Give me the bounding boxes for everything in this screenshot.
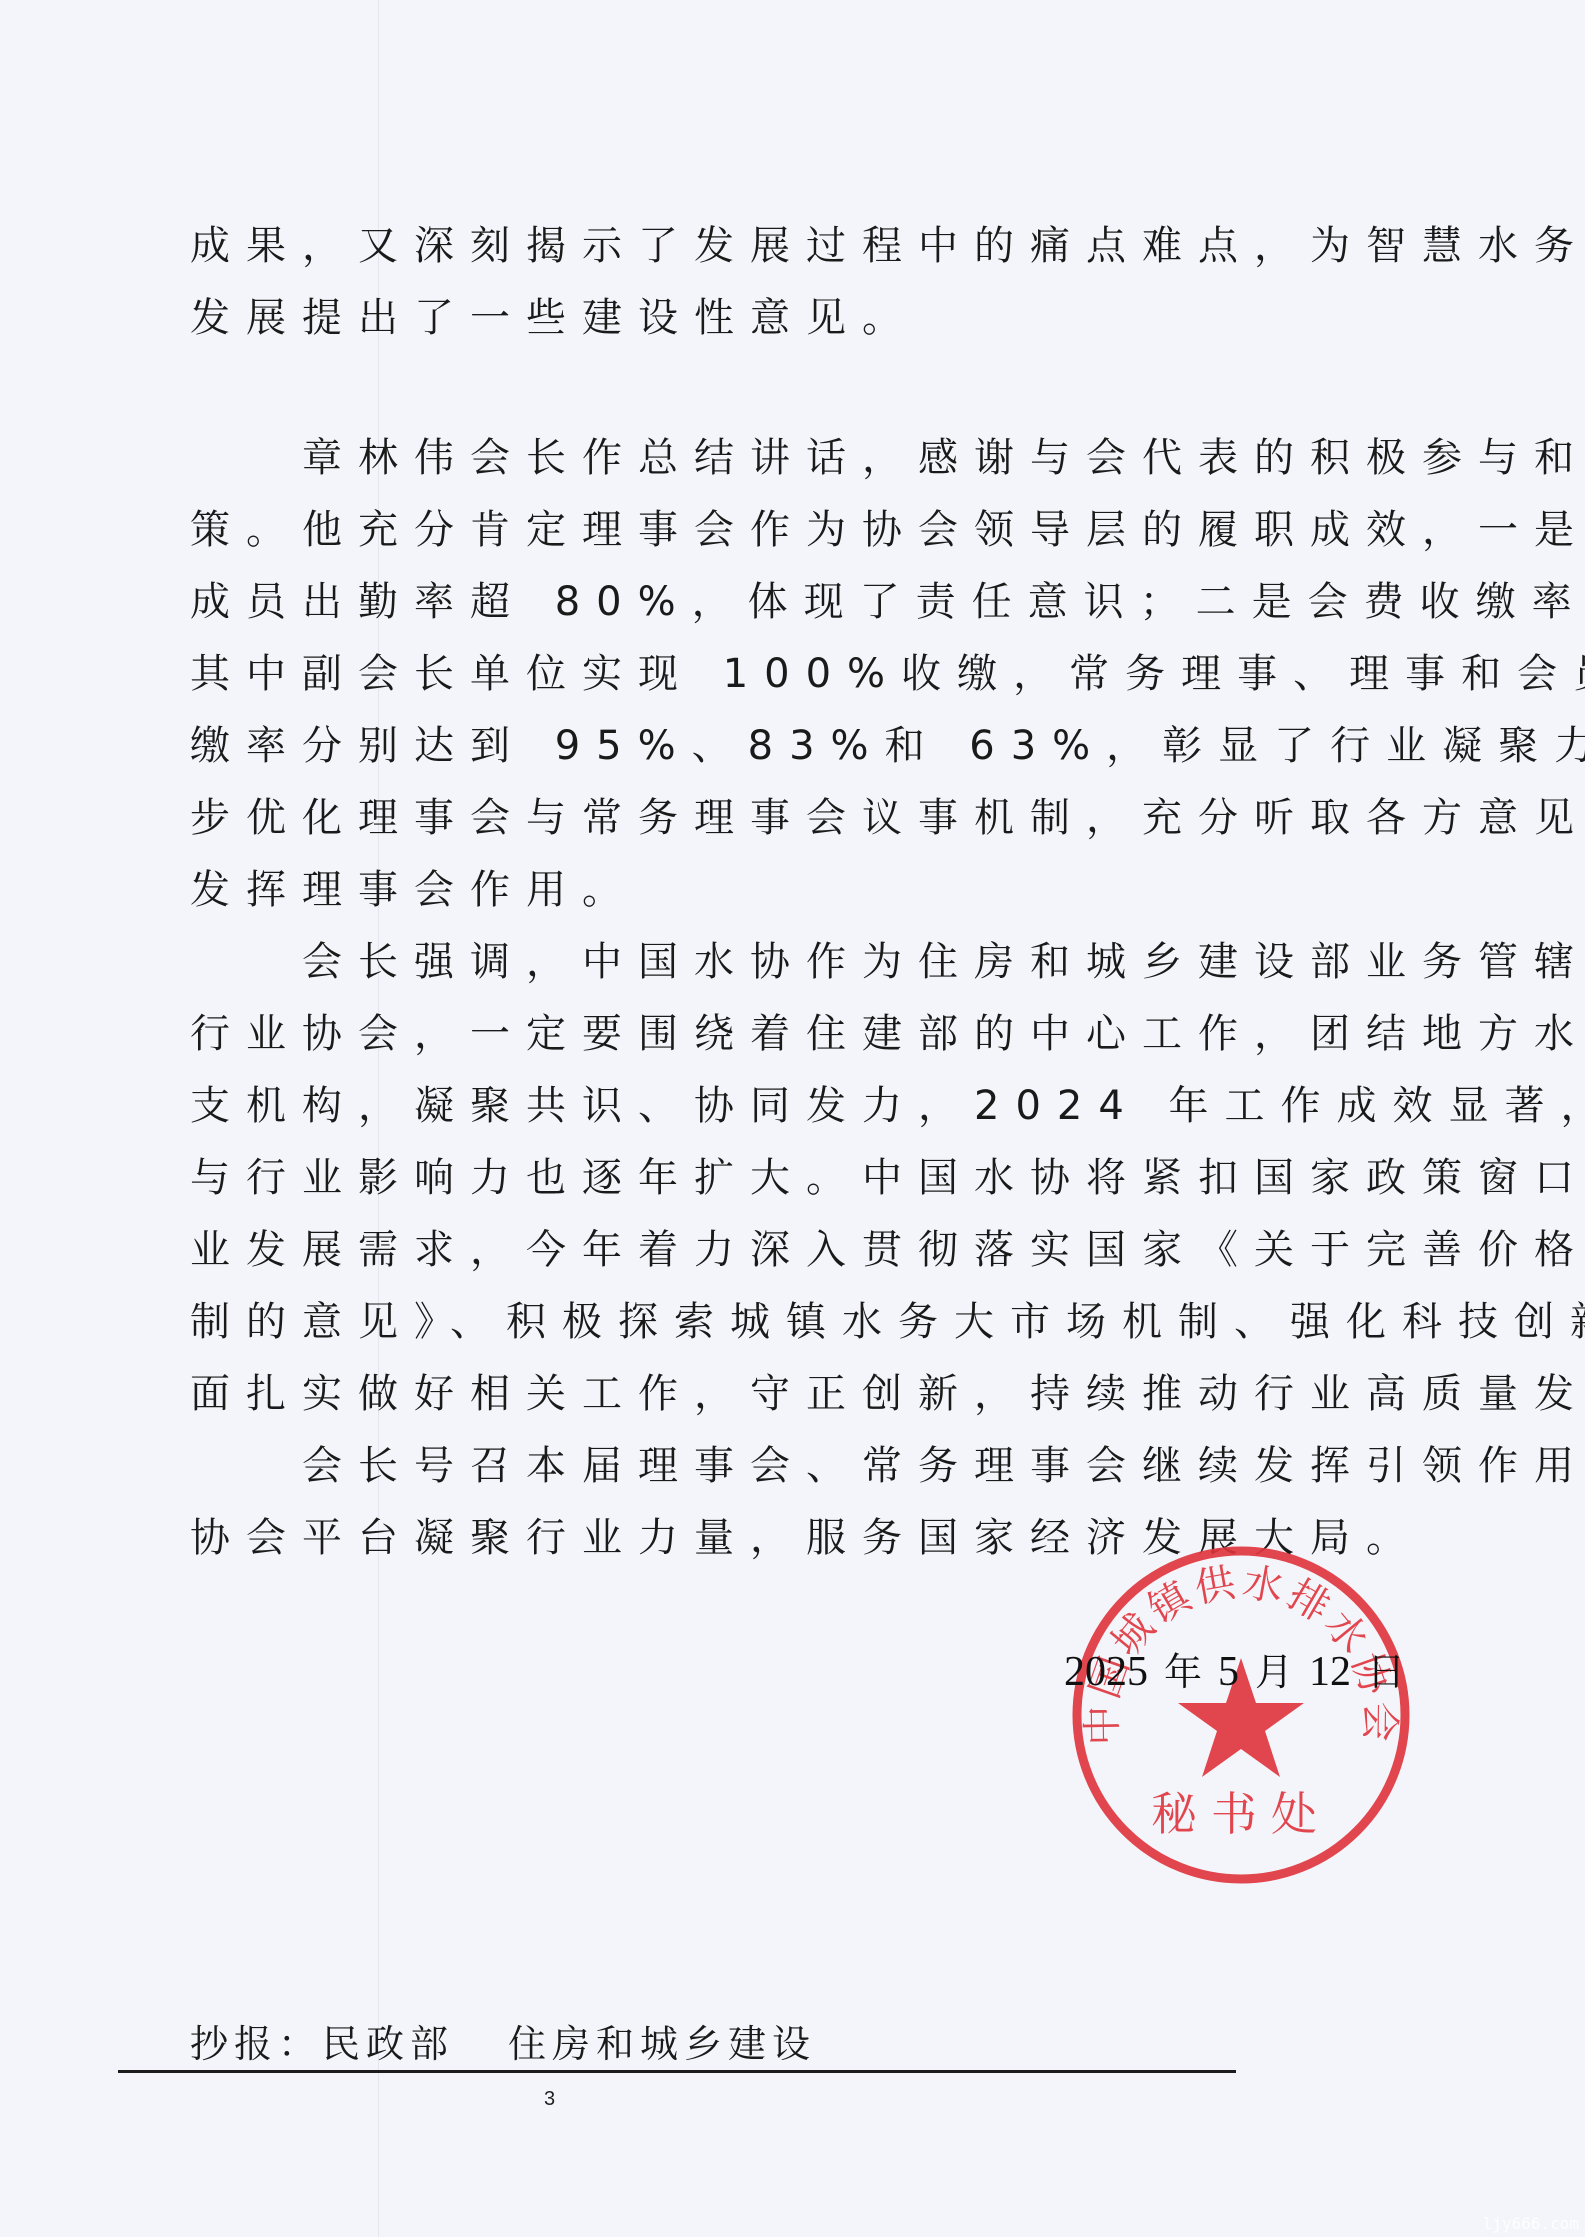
paragraph-line: 会长号召本届理事会、常务理事会继续发挥引领作用，通过 (190, 1430, 1400, 1502)
watermark: ljy666.com (1483, 2214, 1579, 2233)
seal-inner-text: 秘书处 (1151, 1787, 1331, 1841)
date-day-unit: 日 (1367, 1650, 1405, 1694)
cc-recipient: 住房和城乡建设 (508, 2022, 816, 2066)
footer-divider (118, 2070, 1236, 2073)
paragraph-line: 章林伟会长作总结讲话，感谢与会代表的积极参与和建言献 (190, 422, 1400, 494)
paragraph-line: 成员出勤率超 80%，体现了责任意识；二是会费收缴率稳步提升， (190, 566, 1400, 638)
signature-date: 2025年5月12日 (1064, 1650, 1405, 1694)
paragraph-line: 策。他充分肯定理事会作为协会领导层的履职成效，一是理事会 (190, 494, 1400, 566)
paragraph-line: 制的意见》、积极探索城镇水务大市场机制、强化科技创新等方 (190, 1286, 1400, 1358)
date-month-unit: 月 (1255, 1650, 1293, 1694)
paragraph-line: 步优化理事会与常务理事会议事机制，充分听取各方意见，持续 (190, 782, 1400, 854)
paragraph-line: 面扎实做好相关工作，守正创新，持续推动行业高质量发展。 (190, 1358, 1400, 1430)
paragraph-line: 发挥理事会作用。 (190, 854, 1400, 926)
paragraph-line: 其中副会长单位实现 100%收缴，常务理事、理事和会员单位的收 (190, 638, 1400, 710)
paragraph-line: 与行业影响力也逐年扩大。中国水协将紧扣国家政策窗口期与行 (190, 1142, 1400, 1214)
paragraph-line: 成果，又深刻揭示了发展过程中的痛点难点，为智慧水务的创新 (190, 210, 1400, 282)
paragraph-line: 缴率分别达到 95%、83%和 63%，彰显了行业凝聚力。协会将一 (190, 710, 1400, 782)
document-body: 成果，又深刻揭示了发展过程中的痛点难点，为智慧水务的创新 发展提出了一些建设性意… (190, 210, 1400, 1574)
cc-recipient: 民政部 (322, 2022, 454, 2066)
date-year: 2025 (1064, 1649, 1148, 1695)
page-number: 3 (544, 2085, 555, 2113)
paragraph-1: 成果，又深刻揭示了发展过程中的痛点难点，为智慧水务的创新 发展提出了一些建设性意… (190, 210, 1400, 354)
official-seal: 中国城镇供水排水协会 秘书处 (1066, 1540, 1416, 1890)
cc-label: 抄报： (190, 2022, 322, 2066)
paragraph-line: 业发展需求，今年着力深入贯彻落实国家《关于完善价格治理机 (190, 1214, 1400, 1286)
cc-line: 抄报：民政部住房和城乡建设 (190, 2020, 816, 2068)
date-month: 5 (1218, 1649, 1239, 1695)
paragraph-spacer (190, 354, 1400, 422)
paragraph-line: 行业协会，一定要围绕着住建部的中心工作，团结地方水协与分 (190, 998, 1400, 1070)
date-day: 12 (1309, 1649, 1351, 1695)
paragraph-line: 发展提出了一些建设性意见。 (190, 282, 1400, 354)
paragraph-2: 章林伟会长作总结讲话，感谢与会代表的积极参与和建言献 策。他充分肯定理事会作为协… (190, 422, 1400, 926)
paragraph-3: 会长强调，中国水协作为住房和城乡建设部业务管辖的专业 行业协会，一定要围绕着住建… (190, 926, 1400, 1430)
date-year-unit: 年 (1164, 1650, 1202, 1694)
paragraph-line: 支机构，凝聚共识、协同发力，2024 年工作成效显著，年会规模 (190, 1070, 1400, 1142)
paragraph-line: 会长强调，中国水协作为住房和城乡建设部业务管辖的专业 (190, 926, 1400, 998)
